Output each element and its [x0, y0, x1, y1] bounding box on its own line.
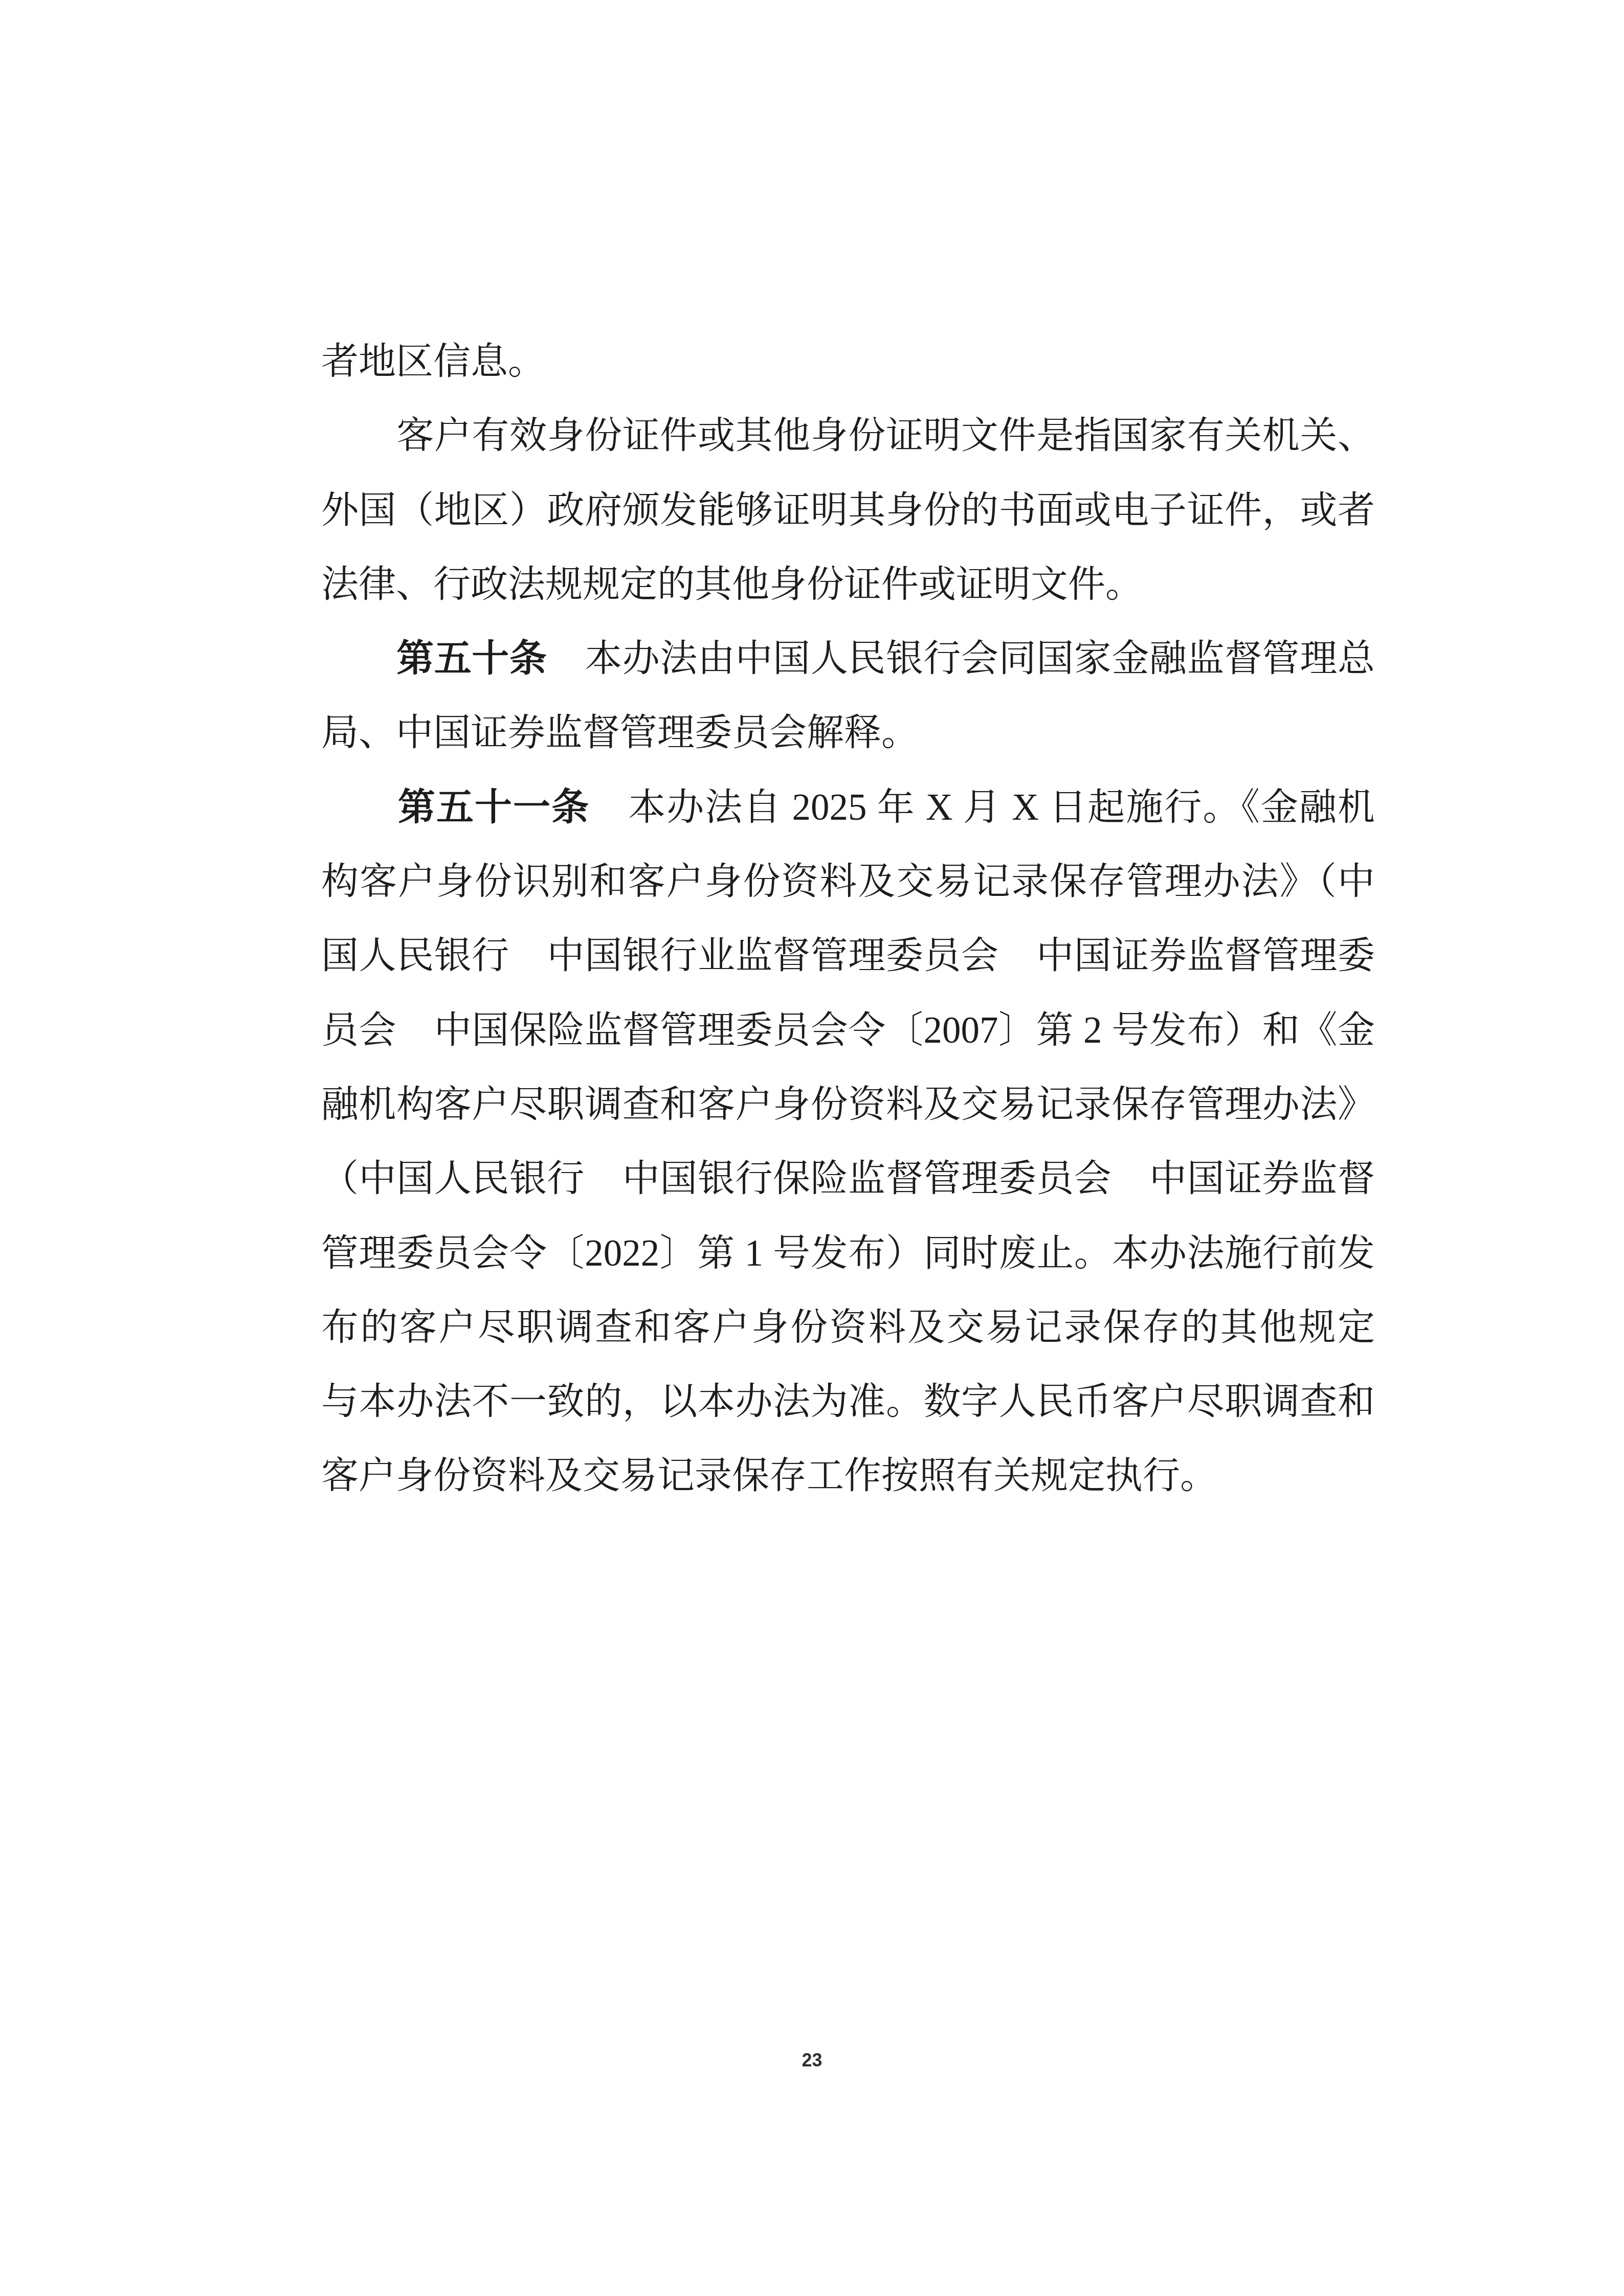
text-line: 外国（地区）政府颁发能够证明其身份的书面或电子证件，或者: [321, 473, 1375, 547]
body-text: 者地区信息。 客户有效身份证件或其他身份证明文件是指国家有关机关、外国（地区）政…: [321, 324, 1375, 1513]
text-segment: 外国（地区）政府颁发能够证明其身份的书面或电子证件，或者: [321, 489, 1375, 531]
text-segment: 国人民银行 中国银行业监督管理委员会 中国证券监督管理委: [321, 935, 1375, 976]
text-segment: 本办法自 2025 年 X 月 X 日起施行。《金融机: [590, 786, 1375, 828]
text-segment: 客户身份资料及交易记录保存工作按照有关规定执行。: [321, 1455, 1217, 1496]
text-line: 与本办法不一致的，以本办法为准。数字人民币客户尽职调查和: [321, 1364, 1375, 1438]
text-line: 局、中国证券监督管理委员会解释。: [321, 695, 1375, 770]
text-segment: [321, 638, 396, 679]
text-line: 第五十一条 本办法自 2025 年 X 月 X 日起施行。《金融机: [321, 770, 1375, 844]
article-number: 第五十条: [396, 638, 547, 679]
article-number: 第五十一条: [398, 786, 590, 828]
text-segment: 者地区信息。: [321, 341, 545, 382]
text-segment: 局、中国证券监督管理委员会解释。: [321, 712, 919, 753]
text-line: 者地区信息。: [321, 324, 1375, 398]
text-segment: 客户有效身份证件或其他身份证明文件是指国家有关机关、: [321, 415, 1375, 456]
text-segment: 员会 中国保险监督管理委员会令〔2007〕第 2 号发布）和《金: [321, 1009, 1375, 1051]
document-page: 者地区信息。 客户有效身份证件或其他身份证明文件是指国家有关机关、外国（地区）政…: [0, 0, 1624, 2296]
text-line: 融机构客户尽职调查和客户身份资料及交易记录保存管理办法》: [321, 1067, 1375, 1141]
text-line: 第五十条 本办法由中国人民银行会同国家金融监督管理总: [321, 621, 1375, 695]
text-line: 构客户身份识别和客户身份资料及交易记录保存管理办法》（中: [321, 844, 1375, 918]
text-segment: [321, 786, 398, 828]
text-line: 法律、行政法规规定的其他身份证件或证明文件。: [321, 547, 1375, 621]
text-segment: 本办法由中国人民银行会同国家金融监督管理总: [547, 638, 1375, 679]
page-number: 23: [0, 2050, 1624, 2071]
text-segment: 与本办法不一致的，以本办法为准。数字人民币客户尽职调查和: [321, 1381, 1375, 1422]
text-segment: 法律、行政法规规定的其他身份证件或证明文件。: [321, 564, 1143, 605]
text-line: 布的客户尽职调查和客户身份资料及交易记录保存的其他规定: [321, 1290, 1375, 1364]
text-segment: 布的客户尽职调查和客户身份资料及交易记录保存的其他规定: [321, 1307, 1375, 1348]
text-line: 管理委员会令〔2022〕第 1 号发布）同时废止。本办法施行前发: [321, 1216, 1375, 1290]
text-segment: 融机构客户尽职调查和客户身份资料及交易记录保存管理办法》: [321, 1084, 1375, 1125]
text-line: （中国人民银行 中国银行保险监督管理委员会 中国证券监督: [321, 1141, 1375, 1215]
text-segment: 管理委员会令〔2022〕第 1 号发布）同时废止。本办法施行前发: [321, 1232, 1375, 1274]
text-segment: （中国人民银行 中国银行保险监督管理委员会 中国证券监督: [321, 1158, 1375, 1199]
text-segment: 构客户身份识别和客户身份资料及交易记录保存管理办法》（中: [321, 861, 1375, 902]
text-line: 员会 中国保险监督管理委员会令〔2007〕第 2 号发布）和《金: [321, 993, 1375, 1067]
text-line: 客户有效身份证件或其他身份证明文件是指国家有关机关、: [321, 398, 1375, 472]
text-line: 国人民银行 中国银行业监督管理委员会 中国证券监督管理委: [321, 918, 1375, 993]
text-line: 客户身份资料及交易记录保存工作按照有关规定执行。: [321, 1438, 1375, 1513]
